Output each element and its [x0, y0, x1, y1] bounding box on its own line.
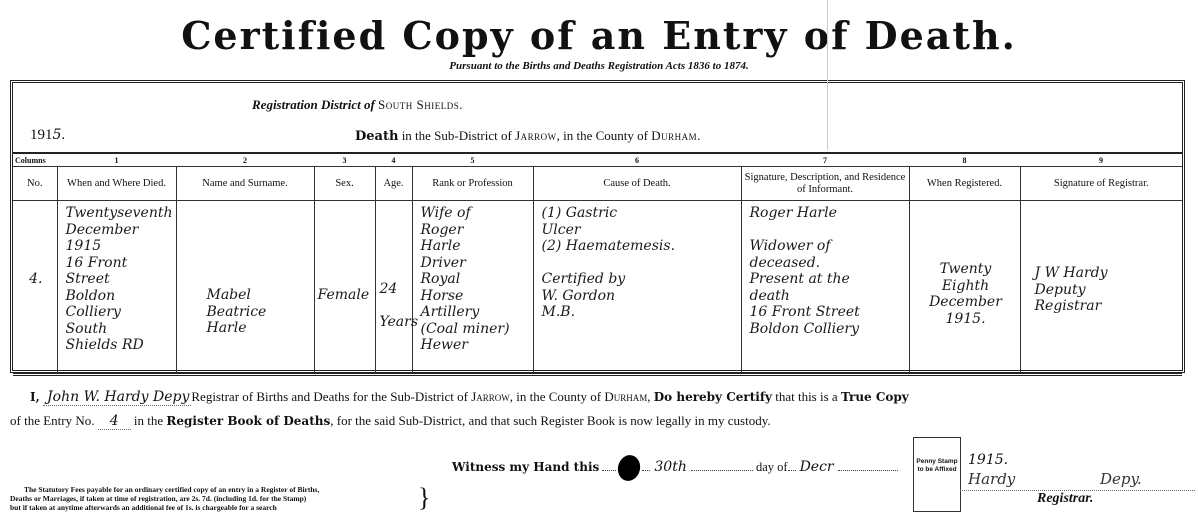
- death-label: Death: [355, 129, 398, 144]
- year-handwritten: 5: [53, 127, 62, 143]
- fees-line: but if taken at anytime afterwards an ad…: [10, 503, 430, 512]
- document-title: Certified Copy of an Entry of Death.: [0, 14, 1198, 58]
- witness-year: 1915.: [968, 452, 1008, 468]
- entry-no-handwritten: 4: [98, 413, 131, 430]
- column-number: 8: [909, 153, 1020, 167]
- table-row: 4. Twentyseventh December 1915 16 Front …: [13, 201, 1182, 375]
- subdistrict-text: in the Sub-District of: [402, 128, 512, 143]
- true-copy: True Copy: [841, 390, 909, 404]
- columns-label: Columns: [13, 153, 57, 167]
- header-sex: Sex.: [314, 167, 375, 201]
- district-name: South Shields.: [378, 97, 463, 112]
- cell-cause: (1) Gastric Ulcer (2) Haematemesis. Cert…: [533, 201, 741, 375]
- cell-name: Mabel Beatrice Harle: [176, 201, 314, 375]
- penny-stamp-box: Penny Stamp to be Affixed: [913, 437, 961, 512]
- certification-line-1: I, John W. Hardy DepyRegistrar of Births…: [30, 389, 909, 405]
- witness-month-handwritten: Decr: [796, 459, 838, 475]
- certification-line-2-rest: , for the said Sub-District, and that su…: [330, 413, 770, 428]
- header-when-registered: When Registered.: [909, 167, 1020, 201]
- witness-label: Witness my Hand this: [452, 460, 599, 474]
- cert-county-text: , in the County of: [510, 389, 601, 404]
- cell-rank: Wife of Roger Harle Driver Royal Horse A…: [412, 201, 533, 375]
- paper-fold-line: [827, 0, 828, 150]
- cell-sex: Female: [314, 201, 375, 375]
- subdistrict-line: Death in the Sub-District of Jarrow, in …: [355, 128, 701, 144]
- column-number: 9: [1020, 153, 1182, 167]
- witness-line: Witness my Hand this 30th day ofDecr: [452, 455, 898, 481]
- cell-when-where: Twentyseventh December 1915 16 Front Str…: [57, 201, 176, 375]
- header-rank: Rank or Profession: [412, 167, 533, 201]
- deputy-signature: Depy.: [1100, 470, 1142, 488]
- entry-no-label: of the Entry No.: [10, 413, 94, 428]
- cell-registrar-signature: J W Hardy Deputy Registrar: [1020, 201, 1182, 375]
- column-number: 4: [375, 153, 412, 167]
- column-number: 5: [412, 153, 533, 167]
- fees-line: The Statutory Fees payable for an ordina…: [10, 485, 430, 494]
- witness-day-handwritten: 30th: [650, 459, 690, 475]
- header-when-where: When and Where Died.: [57, 167, 176, 201]
- column-number: 7: [741, 153, 909, 167]
- registrar-name-handwritten: John W. Hardy Depy: [43, 389, 191, 406]
- fees-line: Deaths or Marriages, if taken at time of…: [10, 494, 430, 503]
- header-row: No. When and Where Died. Name and Surnam…: [13, 167, 1182, 201]
- header-cause: Cause of Death.: [533, 167, 741, 201]
- header-name: Name and Surname.: [176, 167, 314, 201]
- subdistrict-name: Jarrow: [515, 128, 557, 143]
- wax-seal-icon: [615, 453, 643, 484]
- cell-no: 4.: [13, 201, 57, 375]
- cert-county: Durham,: [604, 389, 650, 404]
- county-name: Durham.: [651, 128, 701, 143]
- i-label: I,: [30, 390, 40, 404]
- registrar-signature: Hardy: [968, 470, 1015, 488]
- column-numbers-row: Columns 1 2 3 4 5 6 7 8 9: [13, 153, 1182, 167]
- true-copy-pre: that this is a: [775, 389, 837, 404]
- column-number: 1: [57, 153, 176, 167]
- header-registrar-signature: Signature of Registrar.: [1020, 167, 1182, 201]
- cert-subdistrict: Jarrow: [471, 389, 510, 404]
- statutory-fees-notice: The Statutory Fees payable for an ordina…: [10, 485, 430, 512]
- header-informant: Signature, Description, and Residence of…: [741, 167, 909, 201]
- register-year: 1915.: [30, 127, 65, 144]
- county-text: , in the County of: [557, 128, 648, 143]
- register-book-pre: in the: [134, 413, 163, 428]
- registrar-text: Registrar of Births and Deaths for the S…: [191, 389, 468, 404]
- certify-text: Do hereby Certify: [654, 390, 772, 404]
- column-number: 3: [314, 153, 375, 167]
- year-printed: 191: [30, 127, 53, 143]
- register-book: Register Book of Deaths: [166, 414, 330, 428]
- column-number: 2: [176, 153, 314, 167]
- registrar-label: Registrar.: [1037, 491, 1093, 507]
- cell-informant: Roger Harle Widower of deceased. Present…: [741, 201, 909, 375]
- brace-icon: }: [418, 484, 430, 512]
- document-subtitle: Pursuant to the Births and Deaths Regist…: [0, 60, 1198, 72]
- death-register-table: Columns 1 2 3 4 5 6 7 8 9 No. When and W…: [13, 152, 1182, 376]
- column-number: 6: [533, 153, 741, 167]
- header-age: Age.: [375, 167, 412, 201]
- day-of-label: day of: [756, 460, 788, 474]
- header-no: No.: [13, 167, 57, 201]
- cell-age: 24 Years: [375, 201, 412, 375]
- registration-district: Registration District of South Shields.: [252, 97, 463, 113]
- district-label: Registration District of: [252, 97, 375, 112]
- cell-when-registered: Twenty Eighth December 1915.: [909, 201, 1020, 375]
- certification-line-2: of the Entry No. 4 in the Register Book …: [10, 413, 771, 429]
